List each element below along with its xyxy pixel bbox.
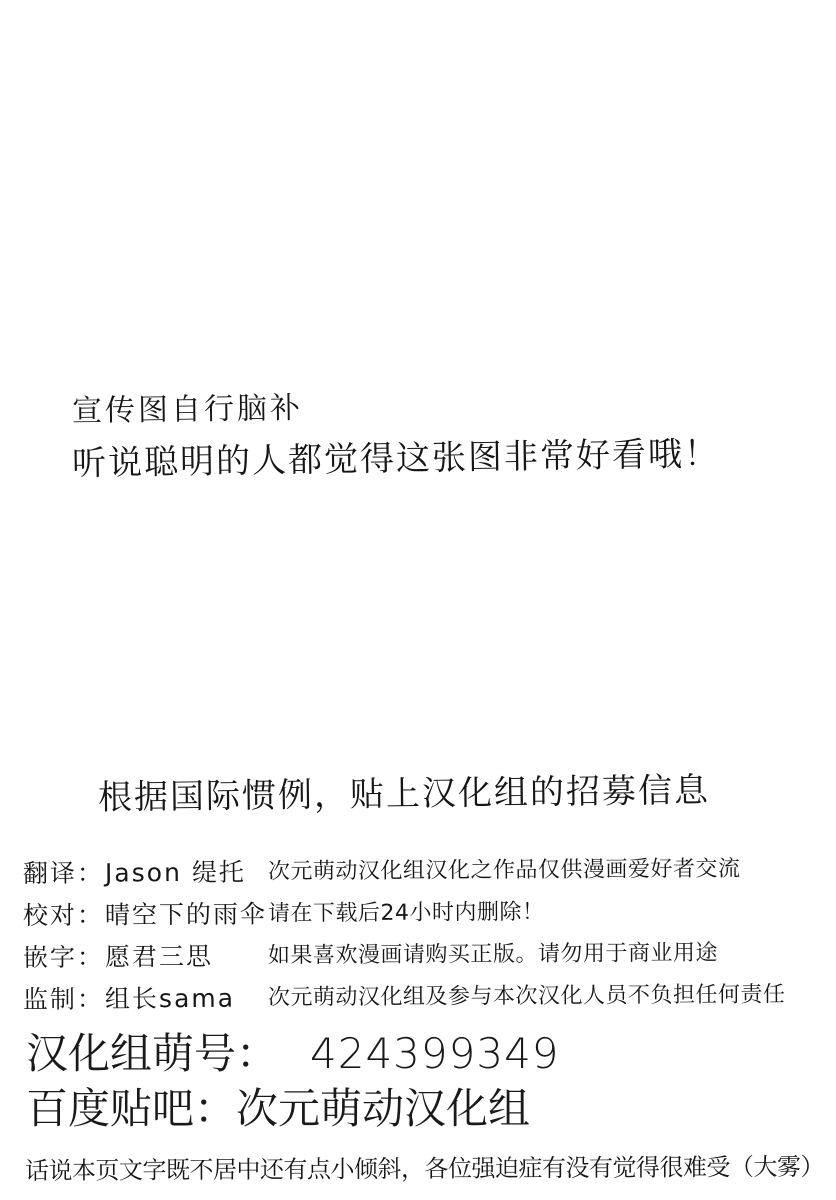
tieba-label: 百度贴吧： — [26, 1084, 236, 1133]
qq-label: 汉化组萌号： — [26, 1029, 278, 1078]
credit-name: 愿君三思 — [105, 937, 213, 974]
credit-row-supervisor: 监制： 组长sama 次元萌动汉化组及参与本次汉化人员不负担任何责任 — [23, 975, 823, 1016]
disclaimer-line: 如果喜欢漫画请购买正版。请勿用于商业用途 — [268, 936, 718, 970]
credit-name: Jason 缇托 — [105, 853, 246, 890]
disclaimer-line: 次元萌动汉化组及参与本次汉化人员不负担任何责任 — [268, 977, 786, 1011]
credit-row-typesetter: 嵌字： 愿君三思 如果喜欢漫画请购买正版。请勿用于商业用途 — [23, 933, 823, 974]
recruit-heading: 根据国际惯例，贴上汉化组的招募信息 — [98, 763, 711, 819]
scanlation-credits-page: 宣传图自行脑补 听说聪明的人都觉得这张图非常好看哦！ 根据国际惯例，贴上汉化组的… — [0, 0, 836, 1200]
tieba-contact-line: 百度贴吧：次元萌动汉化组 — [26, 1076, 530, 1136]
credit-role: 监制： — [23, 985, 104, 1014]
qq-contact-line: 汉化组萌号：424399349 — [26, 1021, 560, 1081]
tieba-name: 次元萌动汉化组 — [236, 1084, 530, 1133]
credit-name: 晴空下的雨伞 — [105, 895, 267, 932]
credit-name: 组长sama — [105, 979, 235, 1016]
credit-role: 校对： — [23, 901, 104, 930]
disclaimer-line: 请在下载后24小时内删除！ — [268, 895, 545, 928]
credit-role: 嵌字： — [23, 943, 104, 972]
footer-note: 话说本页文字既不居中还有点小倾斜，各位强迫症有没有觉得很难受（大雾） — [25, 1147, 824, 1186]
credit-row-proofreader: 校对： 晴空下的雨伞 请在下载后24小时内删除！ — [23, 891, 823, 932]
disclaimer-line: 次元萌动汉化组汉化之作品仅供漫画爱好者交流 — [268, 852, 741, 886]
credit-role: 翻译： — [23, 859, 104, 888]
credit-row-translator: 翻译： Jason 缇托 次元萌动汉化组汉化之作品仅供漫画爱好者交流 — [23, 849, 823, 890]
promo-note-line2: 听说聪明的人都觉得这张图非常好看哦！ — [72, 426, 721, 485]
promo-note-line1: 宣传图自行脑补 — [72, 383, 304, 430]
qq-number: 424399349 — [310, 1029, 560, 1078]
